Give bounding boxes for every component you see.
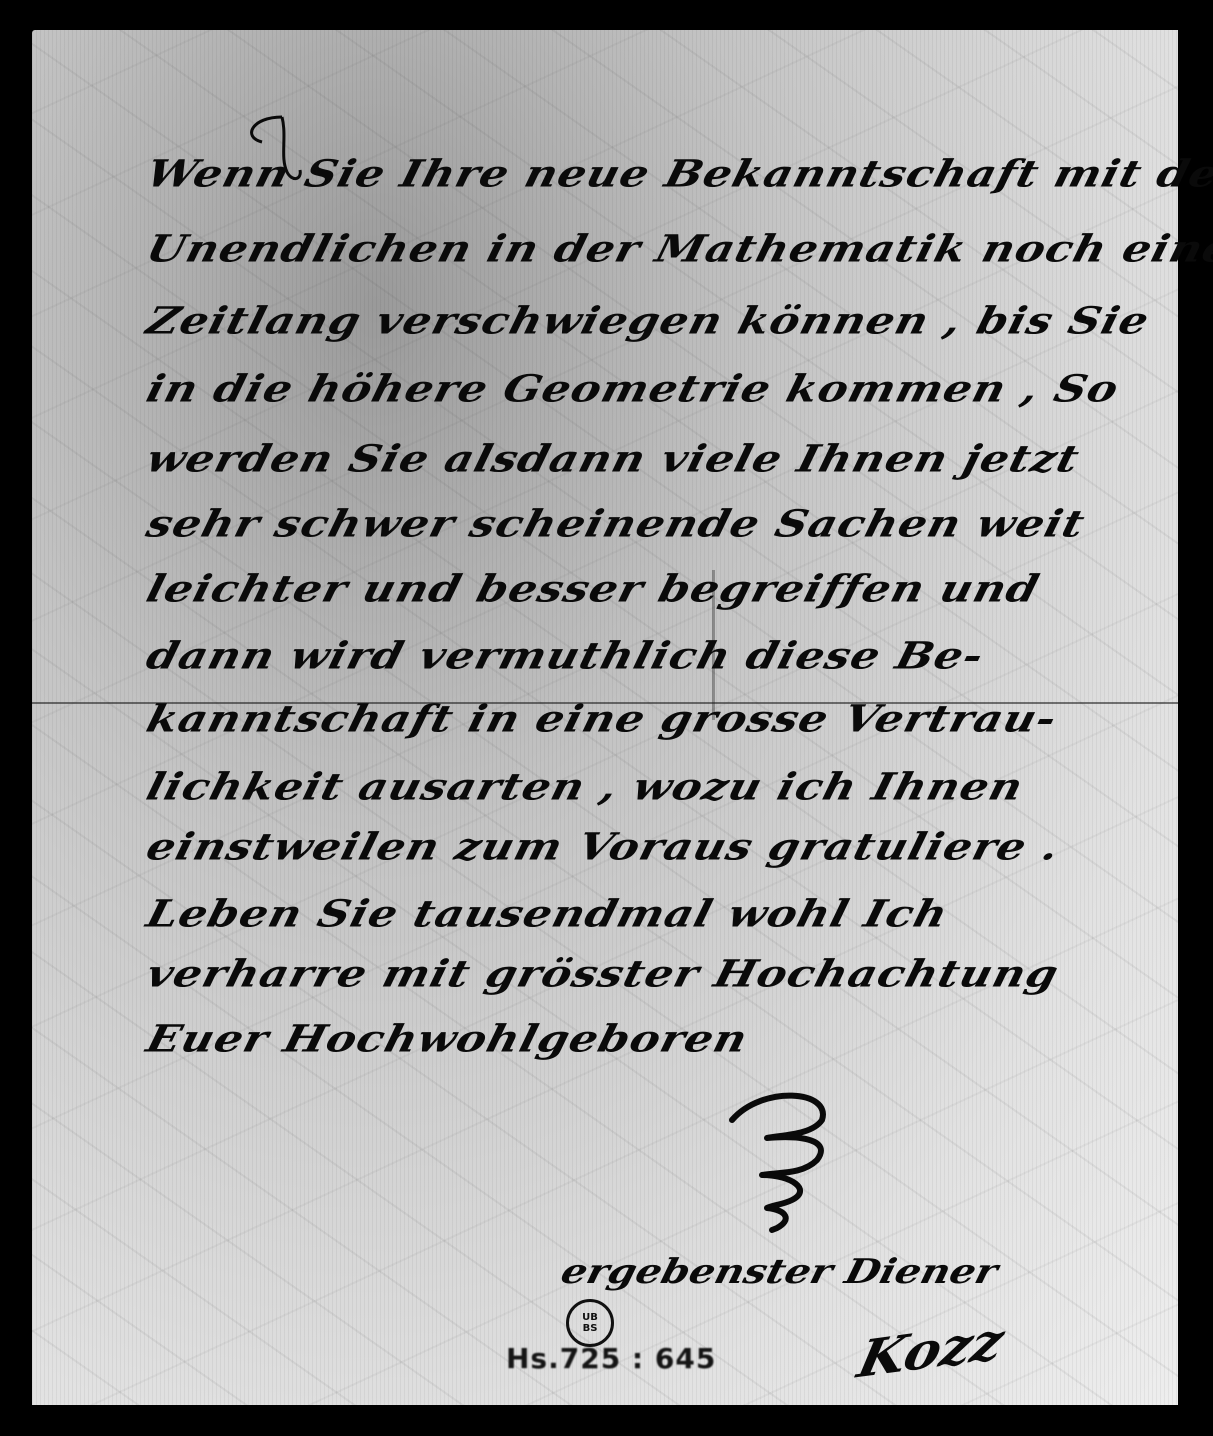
letter-line-5: werden Sie alsdann viele Ihnen jetzt — [142, 438, 1173, 481]
closing-flourish-icon — [722, 1080, 872, 1240]
letter-line-14: Euer Hochwohlgeboren — [142, 1018, 1173, 1061]
letter-page: Wenn Sie Ihre neue Bekanntschaft mit dem… — [32, 30, 1178, 1405]
letter-line-3: Zeitlang verschwiegen können , bis Sie — [142, 300, 1173, 343]
library-stamp: UB BS — [566, 1299, 614, 1347]
letter-line-8: dann wird vermuthlich diese Be- — [142, 635, 1173, 678]
letter-line-13: verharre mit grösster Hochachtung — [142, 953, 1173, 996]
stamp-bottom-text: BS — [583, 1323, 598, 1334]
stamp-top-text: UB — [582, 1312, 598, 1323]
letter-line-10: lichkeit ausarten , wozu ich Ihnen — [142, 766, 1173, 809]
letter-line-4: in die höhere Geometrie kommen , So — [142, 368, 1173, 411]
signature: Kozz — [852, 1311, 1009, 1391]
letter-line-6: sehr schwer scheinende Sachen weit — [142, 503, 1173, 546]
letter-line-2: Unendlichen in der Mathematik noch eine — [142, 228, 1173, 271]
letter-line-7: leichter und besser begreiffen und — [142, 568, 1173, 611]
closing-phrase: ergebenster Diener — [557, 1252, 1002, 1292]
letter-line-11: einstweilen zum Voraus gratuliere . — [142, 826, 1173, 869]
letter-line-1: Wenn Sie Ihre neue Bekanntschaft mit dem — [142, 153, 1173, 196]
letter-line-12: Leben Sie tausendmal wohl Ich — [142, 893, 1173, 936]
letter-line-9: kanntschaft in eine grosse Vertrau- — [142, 698, 1173, 741]
shelfmark: Hs.725 : 645 — [506, 1342, 716, 1375]
